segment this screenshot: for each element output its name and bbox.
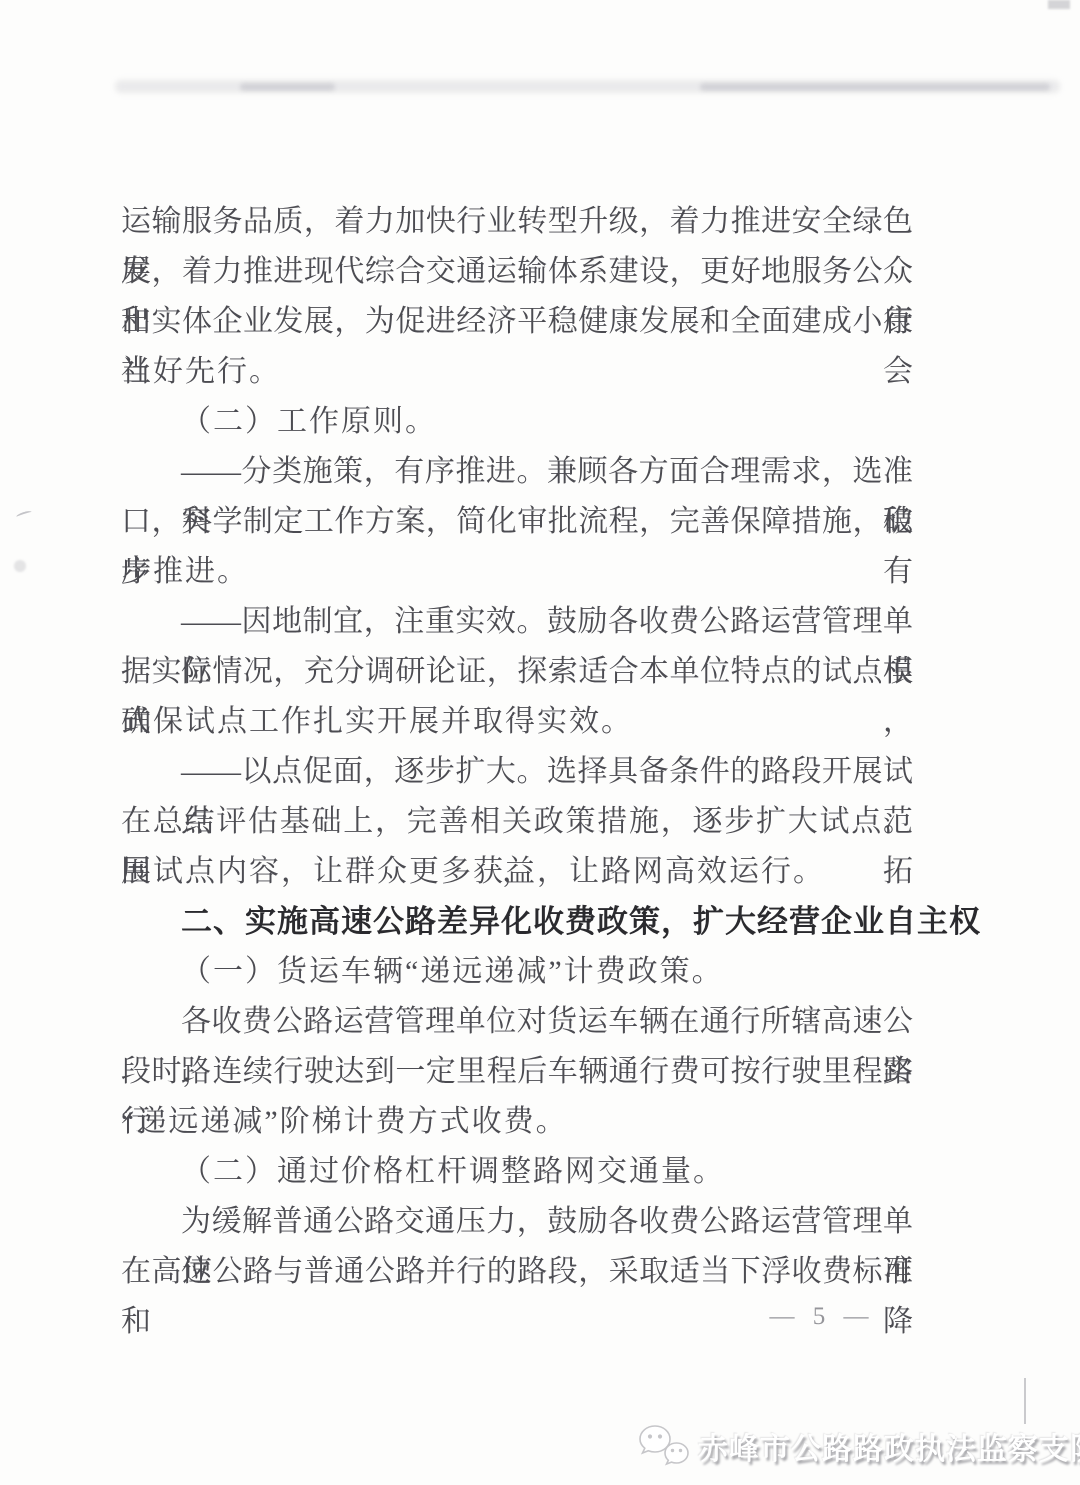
scan-artifact	[1024, 1378, 1026, 1424]
text-line: 展试点内容，让群众更多获益，让路网高效运行。	[121, 847, 913, 897]
text-line: 为缓解普通公路交通压力，鼓励各收费公路运营管理单位可	[121, 1197, 913, 1247]
subsection-title: （一）货运车辆“递远递减”计费政策。	[121, 947, 913, 997]
document-body: 运输服务品质，着力加快行业转型升级，着力推进安全绿色发 展，着力推进现代综合交通…	[121, 197, 913, 1297]
footer-account-name: 赤峰市公路路政执法监察支队	[698, 1424, 1080, 1468]
text-line: “递远递减”阶梯计费方式收费。	[121, 1097, 913, 1147]
text-line: 据实际情况，充分调研论证，探索适合本单位特点的试点模式，	[121, 647, 913, 697]
subsection-title: （二）通过价格杠杆调整路网交通量。	[121, 1147, 913, 1197]
text-line: 口，科学制定工作方案，简化审批流程，完善保障措施，稳步有	[121, 497, 913, 547]
text-line: ——分类施策，有序推进。兼顾各方面合理需求，选准突破	[121, 447, 913, 497]
text-line: ——因地制宜，注重实效。鼓励各收费公路运营管理单位根	[121, 597, 913, 647]
text-line: 段时，连续行驶达到一定里程后车辆通行费可按行驶里程实行	[121, 1047, 913, 1097]
text-line: ——以点促面，逐步扩大。选择具备条件的路段开展试点。	[121, 747, 913, 797]
text-line: 展，着力推进现代综合交通运输体系建设，更好地服务公众出行	[121, 247, 913, 297]
footer-watermark: 赤峰市公路路政执法监察支队	[638, 1424, 1080, 1468]
subsection-title: （二）工作原则。	[121, 397, 913, 447]
scan-artifact	[700, 83, 1050, 91]
scan-artifact	[14, 560, 26, 572]
scanned-document-page: 运输服务品质，着力加快行业转型升级，着力推进安全绿色发 展，着力推进现代综合交通…	[0, 0, 1080, 1485]
text-line: 和实体企业发展，为促进经济平稳健康发展和全面建成小康社会	[121, 297, 913, 347]
scan-artifact	[1048, 0, 1070, 9]
text-line: 在总结评估基础上，完善相关政策措施，逐步扩大试点范围，拓	[121, 797, 913, 847]
scan-artifact	[240, 83, 335, 91]
section-heading: 二、实施高速公路差异化收费政策，扩大经营企业自主权	[121, 897, 913, 947]
text-line: 运输服务品质，着力加快行业转型升级，着力推进安全绿色发	[121, 197, 913, 247]
text-line: 在高速公路与普通公路并行的路段，采取适当下浮收费标准和降	[121, 1247, 913, 1297]
scan-artifact	[16, 510, 33, 520]
text-line: 各收费公路运营管理单位对货运车辆在通行所辖高速公路路	[121, 997, 913, 1047]
page-number: — 5 —	[762, 1303, 882, 1331]
wechat-icon	[638, 1424, 690, 1468]
